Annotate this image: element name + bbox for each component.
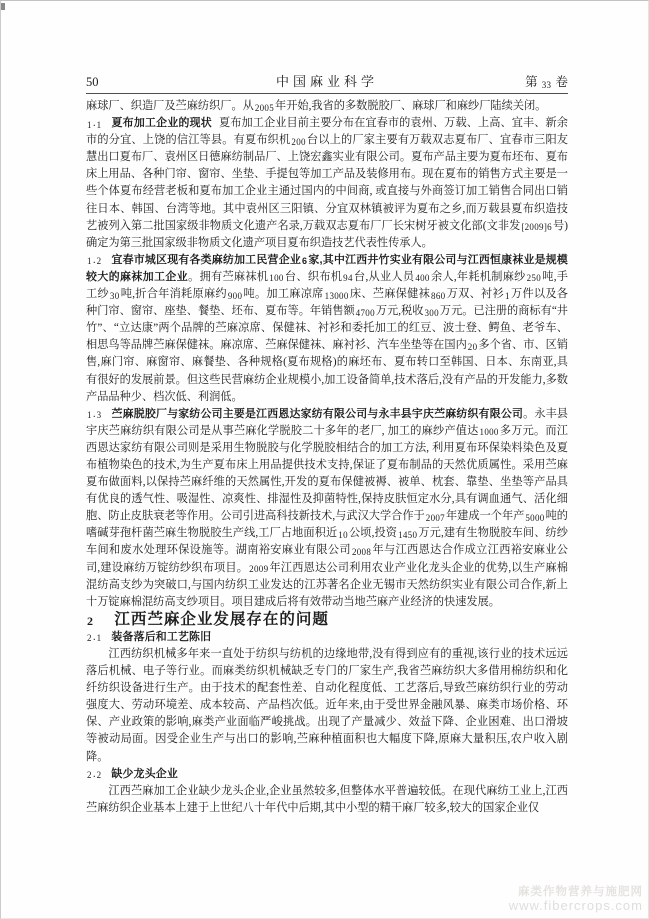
numeral: 2007: [425, 513, 446, 523]
numeral: 13000: [324, 291, 350, 301]
numeral: 2009: [248, 564, 269, 574]
scan-artifact: [1, 3, 5, 10]
subsection-heading-2.2: 2.2缺少龙头企业: [86, 766, 568, 783]
section-number: 1.1: [86, 117, 102, 129]
numeral: 20: [467, 342, 479, 352]
section-1.2: 1.2宜春市城区现有各类麻纺加工民营企业6家,其中江西井竹实业有限公司与江西恒康…: [86, 252, 568, 406]
numeral: 3: [96, 410, 103, 420]
numeral: 900: [227, 291, 243, 301]
numeral: 10: [337, 530, 349, 540]
page-header: 50 中国麻业科学 第 33 卷: [86, 65, 568, 94]
section-number: 1.2: [86, 254, 102, 266]
section-number: 1.3: [86, 408, 102, 420]
section-heading: 苎麻脱胶厂与家纺公司主要是江西恩达家纺有限公司与永丰县宇庆苎麻纺织有限公司: [111, 408, 523, 420]
body-paragraph: 江西纺织机械多年来一直处于纺织与纺机的边缘地带,没有得到应有的重视,该行业的技术…: [86, 646, 568, 766]
body-paragraph: 江西苎麻加工企业缺少龙头企业,企业虽然较多,但整体水平普遍较低。在现代麻纺工业上…: [86, 783, 568, 817]
numeral: 300: [423, 308, 439, 318]
section-heading: 夏布加工企业的现状: [111, 117, 212, 129]
numeral: 5000: [524, 513, 545, 523]
watermark-url: www.fibercrops.com: [509, 899, 643, 913]
subsection-title: 缺少龙头企业: [111, 768, 178, 780]
numeral: 2: [86, 633, 93, 643]
numeral: 200: [290, 137, 306, 147]
watermark: 麻类作物营养与施肥网 www.fibercrops.com: [509, 885, 643, 913]
numeral: 1: [86, 410, 93, 420]
numeral: 2005: [254, 103, 275, 113]
chapter-number: 2: [86, 611, 94, 628]
chapter-title: 江西苎麻企业发展存在的问题: [114, 611, 329, 628]
numeral: 94: [342, 273, 354, 283]
chapter-heading: 2江西苎麻企业发展存在的问题: [86, 611, 568, 629]
subsection-number: 2.2: [86, 768, 102, 780]
numeral: 2: [96, 770, 103, 780]
numeral: 2008: [351, 547, 372, 557]
journal-title: 中国麻业科学: [176, 71, 478, 90]
page-number: 50: [86, 75, 176, 90]
numeral: 30: [109, 291, 121, 301]
subsection-number: 2.1: [86, 631, 102, 643]
numeral: 33: [541, 80, 553, 90]
numeral: 6: [301, 256, 308, 266]
numeral: [2009]6: [520, 222, 553, 232]
numeral: 250: [526, 273, 542, 283]
numeral: 1: [86, 256, 93, 266]
numeral: 1: [96, 120, 103, 130]
numeral: 2: [96, 256, 103, 266]
volume-label: 第 33 卷: [478, 72, 568, 90]
numeral: 860: [430, 291, 446, 301]
section-heading: 宜春市城区现有各类麻纺加工民营企业6家,其中江西井竹实业有限公司与江西恒康袜业是…: [86, 254, 568, 283]
numeral: 4700: [355, 308, 376, 318]
article-body: 麻球厂、织造厂及苎麻纺织厂。从2005年开始,我省的多数脱胶厂、麻球厂和麻纱厂陆…: [86, 98, 568, 817]
numeral: 1450: [397, 530, 418, 540]
numeral: 2: [86, 770, 93, 780]
numeral: 1000: [479, 427, 500, 437]
journal-page: 50 中国麻业科学 第 33 卷 麻球厂、织造厂及苎麻纺织厂。从2005年开始,…: [0, 0, 649, 919]
subsection-title: 装备落后和工艺陈旧: [111, 631, 211, 643]
subsection-heading-2.1: 2.1装备落后和工艺陈旧: [86, 629, 568, 646]
numeral: 1: [504, 291, 511, 301]
numeral: 400: [414, 273, 430, 283]
numeral: 2: [86, 614, 94, 628]
body-paragraph: 麻球厂、织造厂及苎麻纺织厂。从2005年开始,我省的多数脱胶厂、麻球厂和麻纱厂陆…: [86, 98, 568, 115]
watermark-site-name: 麻类作物营养与施肥网: [509, 885, 643, 899]
numeral: 1: [96, 633, 103, 643]
section-1.3: 1.3苎麻脱胶厂与家纺公司主要是江西恩达家纺有限公司与永丰县宇庆苎麻纺织有限公司…: [86, 406, 568, 611]
numeral: 1: [86, 120, 93, 130]
section-1.1: 1.1夏布加工企业的现状夏布加工企业目前主要分布在宜春市的袁州、万载、上高、宜丰…: [86, 115, 568, 252]
numeral: 100: [268, 273, 284, 283]
